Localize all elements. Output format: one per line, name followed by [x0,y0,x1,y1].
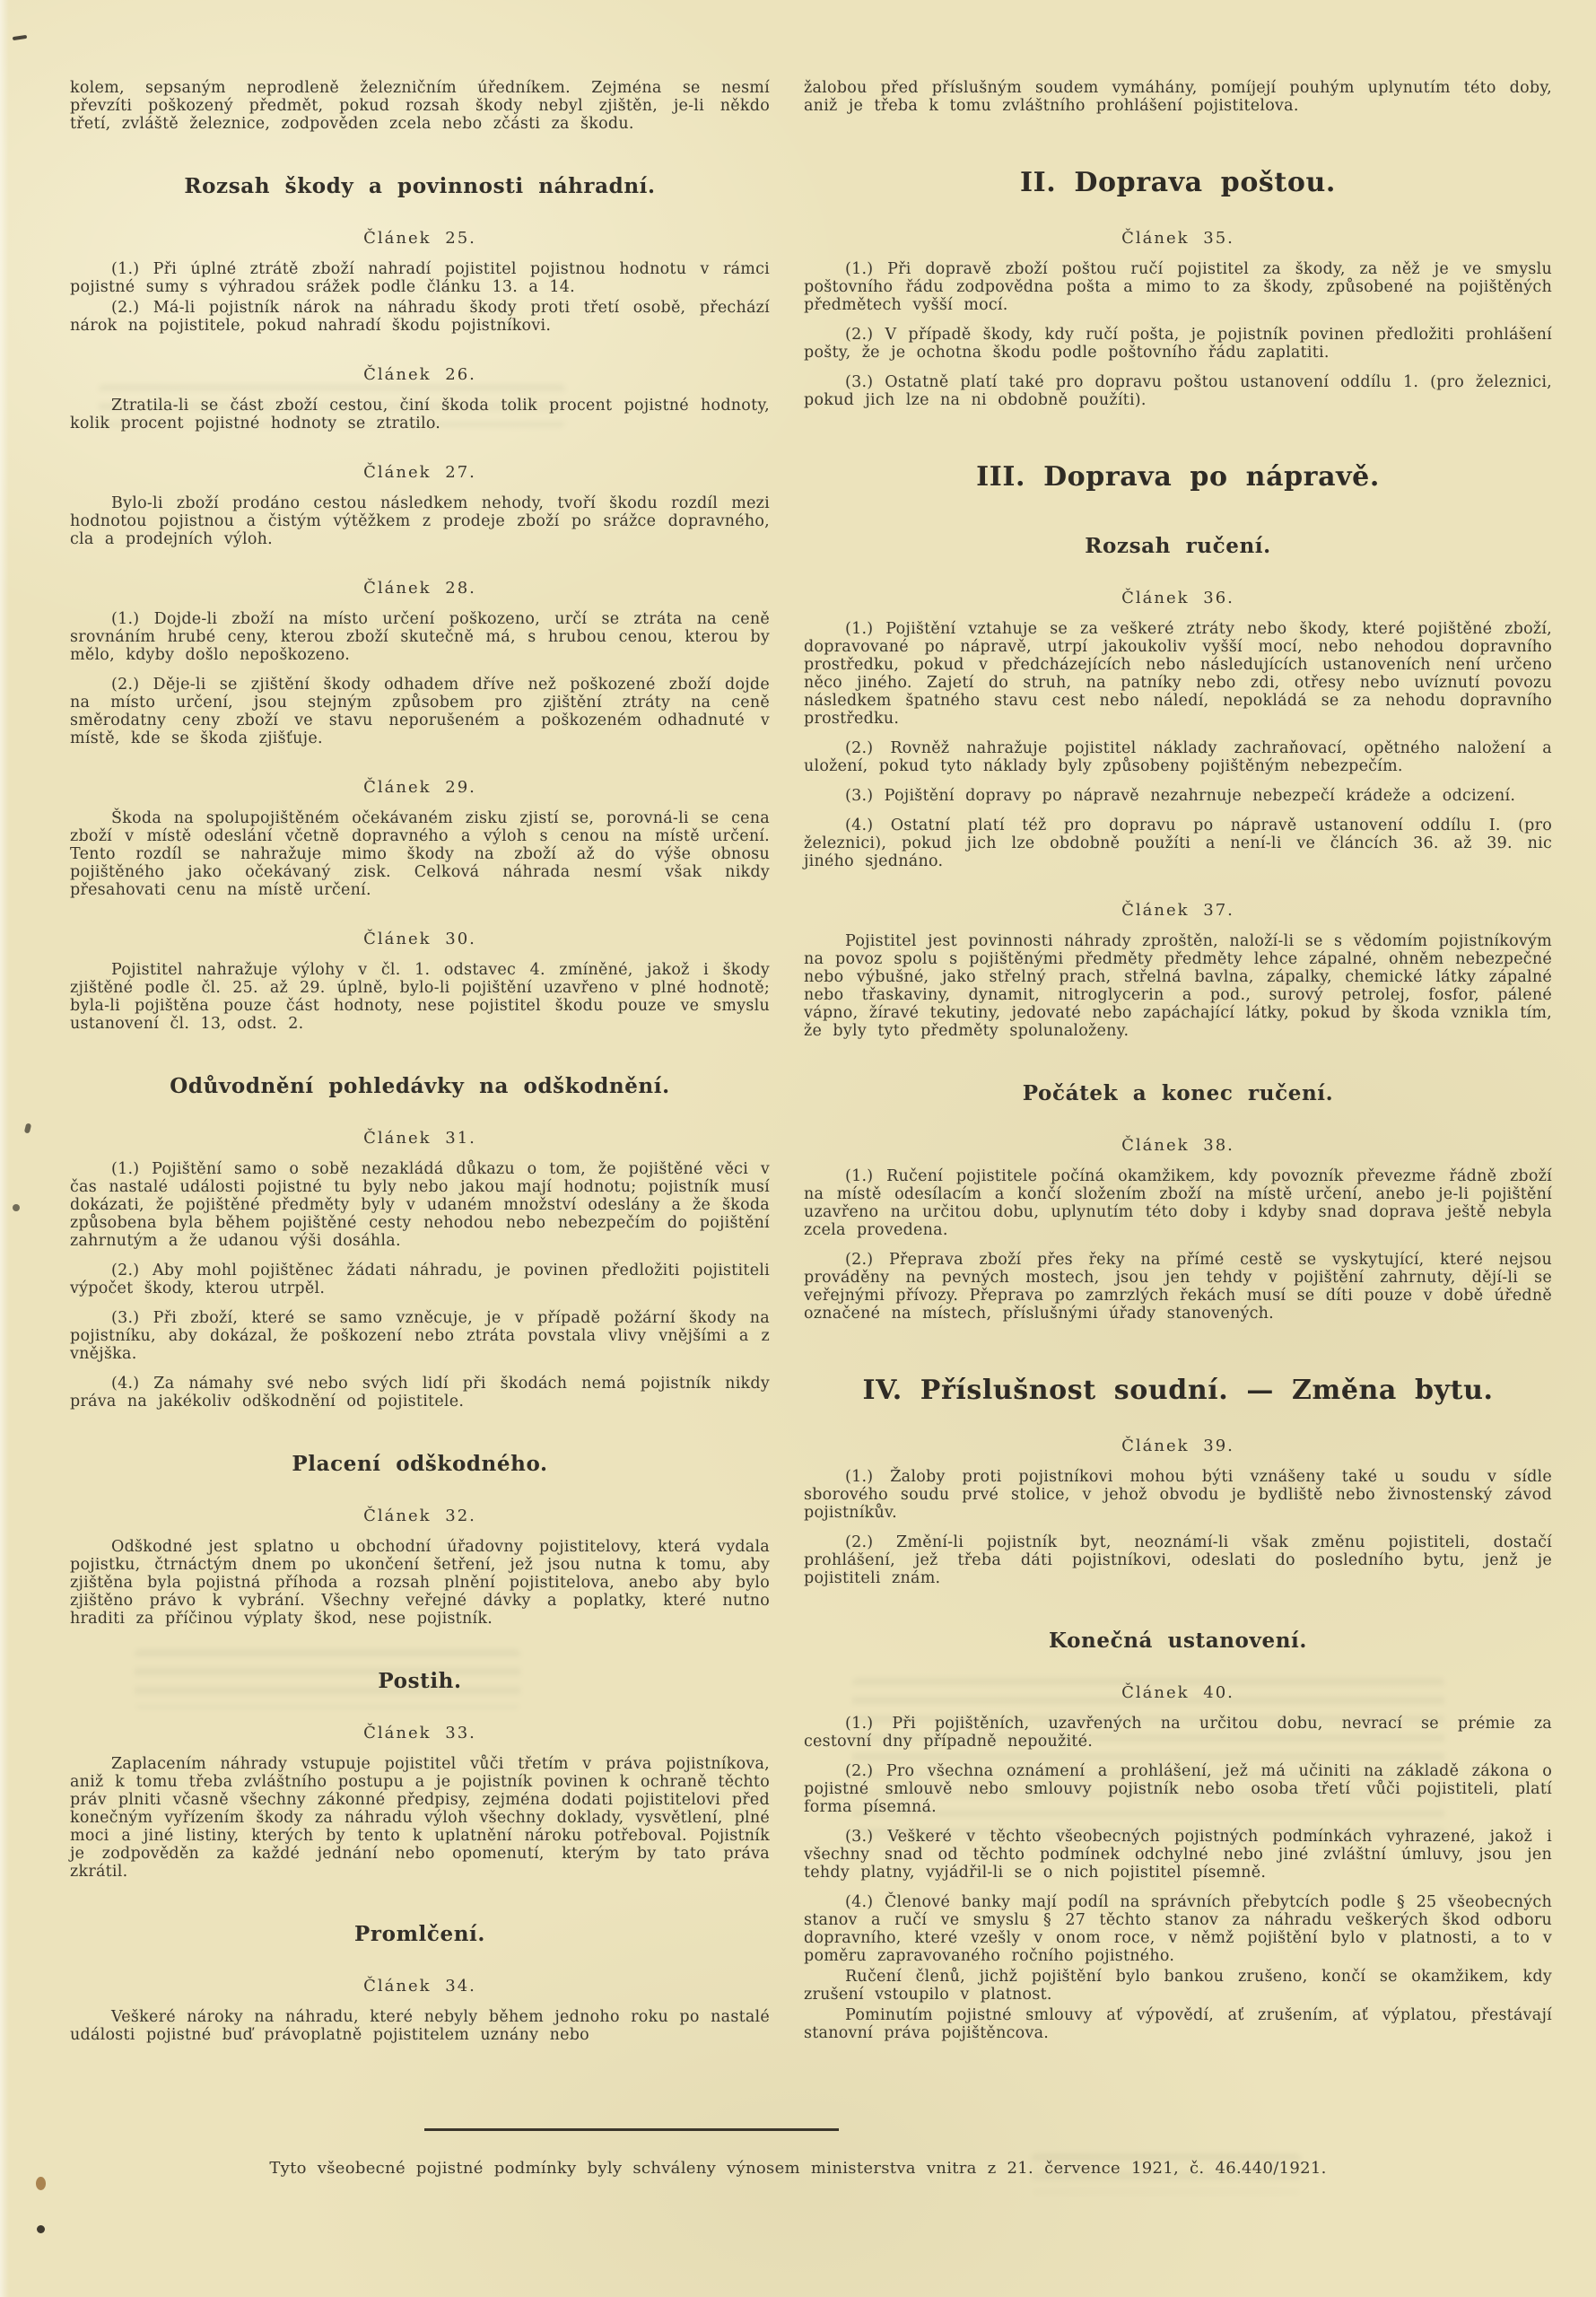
article-label: Článek 25. [70,229,770,248]
subsection-heading: Počátek a konec ručení. [804,1081,1552,1105]
paragraph: žalobou před příslušným soudem vymáhány,… [804,79,1552,115]
article-label: Článek 28. [70,579,770,598]
paragraph: (3.) Pojištění dopravy po nápravě nezahr… [804,787,1552,805]
paragraph: Ručení členů, jichž pojištění bylo banko… [804,1968,1552,2004]
paragraph: kolem, sepsaným neprodleně železničním ú… [70,79,770,133]
article-label: Článek 29. [70,778,770,797]
paragraph: Pojistitel jest povinnosti náhrady zproš… [804,932,1552,1040]
approval-footnote: Tyto všeobecné pojistné podmínky byly sc… [0,2159,1596,2178]
subsection-heading: Promlčení. [70,1922,770,1946]
ink-speck [24,1122,31,1133]
paragraph: (4.) Za námahy své nebo svých lidí při š… [70,1375,770,1411]
paragraph: Škoda na spolupojištěném očekávaném zisk… [70,809,770,899]
paragraph: (3.) Ostatně platí také pro dopravu pošt… [804,373,1552,409]
paragraph: (2.) Děje-li se zjištění škody odhadem d… [70,676,770,747]
paragraph: Bylo-li zboží prodáno cestou následkem n… [70,494,770,548]
paragraph: (1.) Pojištění vztahuje se za veškeré zt… [804,620,1552,728]
article-label: Článek 39. [804,1437,1552,1455]
paragraph: (1.) Při úplné ztrátě zboží nahradí poji… [70,260,770,296]
two-column-text-area: kolem, sepsaným neprodleně železničním ú… [70,79,1552,2044]
ink-speck [37,2225,45,2233]
article-label: Článek 37. [804,901,1552,920]
paragraph: Zaplacením náhrady vstupuje pojistitel v… [70,1755,770,1881]
paragraph: (2.) Aby mohl pojištěnec žádati náhradu,… [70,1262,770,1297]
paragraph: (3.) Při zboží, které se samo vzněcuje, … [70,1309,770,1363]
paragraph: (1.) Pojištění samo o sobě nezakládá důk… [70,1160,770,1250]
left-column: kolem, sepsaným neprodleně železničním ú… [70,79,770,2044]
article-label: Článek 30. [70,930,770,948]
subsection-heading: Odůvodnění pohledávky na odškodnění. [70,1074,770,1098]
section-heading: III. Doprava po nápravě. [804,461,1552,493]
section-heading: II. Doprava poštou. [804,167,1552,198]
paragraph: (4.) Ostatní platí též pro dopravu po ná… [804,817,1552,870]
article-label: Článek 36. [804,589,1552,607]
paper-stain [36,2177,46,2190]
paragraph: Pojistitel nahražuje výlohy v čl. 1. ods… [70,961,770,1033]
ink-speck [13,35,27,40]
paragraph: (1.) Žaloby proti pojistníkovi mohou být… [804,1468,1552,1522]
paragraph: (2.) Pro všechna oznámení a prohlášení, … [804,1762,1552,1816]
subsection-heading: Postih. [70,1669,770,1693]
subsection-heading: Rozsah škody a povinnosti náhradní. [70,174,770,198]
paragraph: (1.) Při dopravě zboží poštou ručí pojis… [804,260,1552,314]
paragraph: Ztratila-li se část zboží cestou, činí š… [70,397,770,432]
right-column: žalobou před příslušným soudem vymáhány,… [804,79,1552,2044]
ink-speck [13,1204,20,1211]
paragraph: (2.) Změní-li pojistník byt, neoznámí-li… [804,1533,1552,1587]
paragraph: (2.) Má-li pojistník nárok na náhradu šk… [70,299,770,335]
paragraph: (2.) V případě škody, kdy ručí pošta, je… [804,326,1552,362]
paragraph: (1.) Ručení pojistitele počíná okamžikem… [804,1167,1552,1239]
footnote-rule [424,2128,839,2131]
section-heading: IV. Příslušnost soudní. — Změna bytu. [804,1375,1552,1406]
paragraph: (2.) Přeprava zboží přes řeky na přímé c… [804,1251,1552,1323]
paragraph: Odškodné jest splatno u obchodní úřadovn… [70,1538,770,1628]
scanned-document-page: kolem, sepsaným neprodleně železničním ú… [0,0,1596,2297]
subsection-heading: Rozsah ručení. [804,534,1552,558]
paragraph: (4.) Členové banky mají podíl na správní… [804,1893,1552,1965]
article-label: Článek 40. [804,1683,1552,1702]
paragraph: (1.) Při pojištěních, uzavřených na urči… [804,1715,1552,1751]
article-label: Článek 26. [70,365,770,384]
subsection-heading: Konečná ustanovení. [804,1629,1552,1653]
article-label: Článek 31. [70,1129,770,1148]
article-label: Článek 33. [70,1724,770,1742]
subsection-heading: Placení odškodného. [70,1452,770,1476]
article-label: Článek 34. [70,1977,770,1996]
article-label: Článek 27. [70,463,770,482]
paragraph: Veškeré nároky na náhradu, které nebyly … [70,2008,770,2044]
article-label: Článek 32. [70,1507,770,1525]
paragraph: Pominutím pojistné smlouvy ať výpovědí, … [804,2006,1552,2042]
article-label: Článek 35. [804,229,1552,248]
paragraph: (2.) Rovněž nahražuje pojistitel náklady… [804,739,1552,775]
paragraph: (3.) Veškeré v těchto všeobecných pojist… [804,1828,1552,1882]
article-label: Článek 38. [804,1136,1552,1155]
paragraph: (1.) Dojde-li zboží na místo určení pošk… [70,610,770,664]
